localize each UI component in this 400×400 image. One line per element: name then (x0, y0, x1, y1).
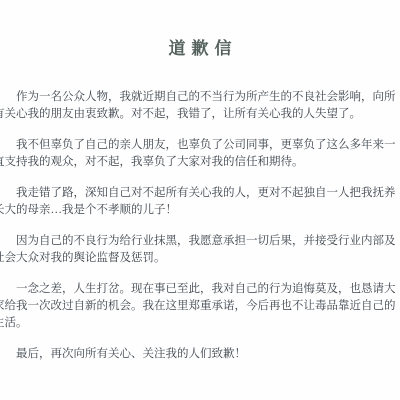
apology-letter-document: 道歉信 作为一名公众人物，我就近期自己的不当行为所产生的不良社会影响，向所 有关… (0, 0, 400, 400)
paragraph-2-line-2: 直支持我的观众，对不起，我辜负了大家对我的信任和期待。 (0, 154, 400, 171)
paragraph-5: 一念之差，人生打岔。现在事已至此，我对自己的行为追悔莫及，也恳请大 家给我一次改… (0, 281, 400, 332)
paragraph-1-line-1: 作为一名公众人物，我就近期自己的不当行为所产生的不良社会影响，向所 (0, 89, 400, 106)
paragraph-6: 最后，再次向所有关心、关注我的人们致歉！ (0, 346, 400, 363)
letter-title: 道歉信 (0, 34, 400, 59)
paragraph-1-line-2: 有关心我的朋友由衷致歉。对不起，我错了，让所有关心我的人失望了。 (0, 106, 400, 123)
paragraph-6-line-1: 最后，再次向所有关心、关注我的人们致歉！ (0, 346, 400, 363)
letter-body: 作为一名公众人物，我就近期自己的不当行为所产生的不良社会影响，向所 有关心我的朋… (0, 89, 400, 377)
paragraph-4-line-1: 因为自己的不良行为给行业抹黑，我愿意承担一切后果，并接受行业内部及 (0, 233, 400, 250)
paragraph-5-line-2: 家给我一次改过自新的机会。我在这里郑重承诺，今后再也不让毒品靠近自己的 (0, 298, 400, 315)
paragraph-1: 作为一名公众人物，我就近期自己的不当行为所产生的不良社会影响，向所 有关心我的朋… (0, 89, 400, 123)
paragraph-2: 我不但辜负了自己的亲人朋友，也辜负了公司同事，更辜负了这么多年来一 直支持我的观… (0, 137, 400, 171)
paragraph-2-line-1: 我不但辜负了自己的亲人朋友，也辜负了公司同事，更辜负了这么多年来一 (0, 137, 400, 154)
paragraph-5-line-1: 一念之差，人生打岔。现在事已至此，我对自己的行为追悔莫及，也恳请大 (0, 281, 400, 298)
paragraph-4-line-2: 社会大众对我的舆论监督及惩罚。 (0, 250, 400, 267)
paragraph-3-line-1: 我走错了路，深知自己对不起所有关心我的人，更对不起独自一人把我抚养 (0, 185, 400, 202)
paragraph-3: 我走错了路，深知自己对不起所有关心我的人，更对不起独自一人把我抚养 长大的母亲…… (0, 185, 400, 219)
paragraph-3-line-2: 长大的母亲…我是个不孝顺的儿子！ (0, 202, 400, 219)
paragraph-4: 因为自己的不良行为给行业抹黑，我愿意承担一切后果，并接受行业内部及 社会大众对我… (0, 233, 400, 267)
paragraph-5-line-3: 生活。 (0, 315, 400, 332)
